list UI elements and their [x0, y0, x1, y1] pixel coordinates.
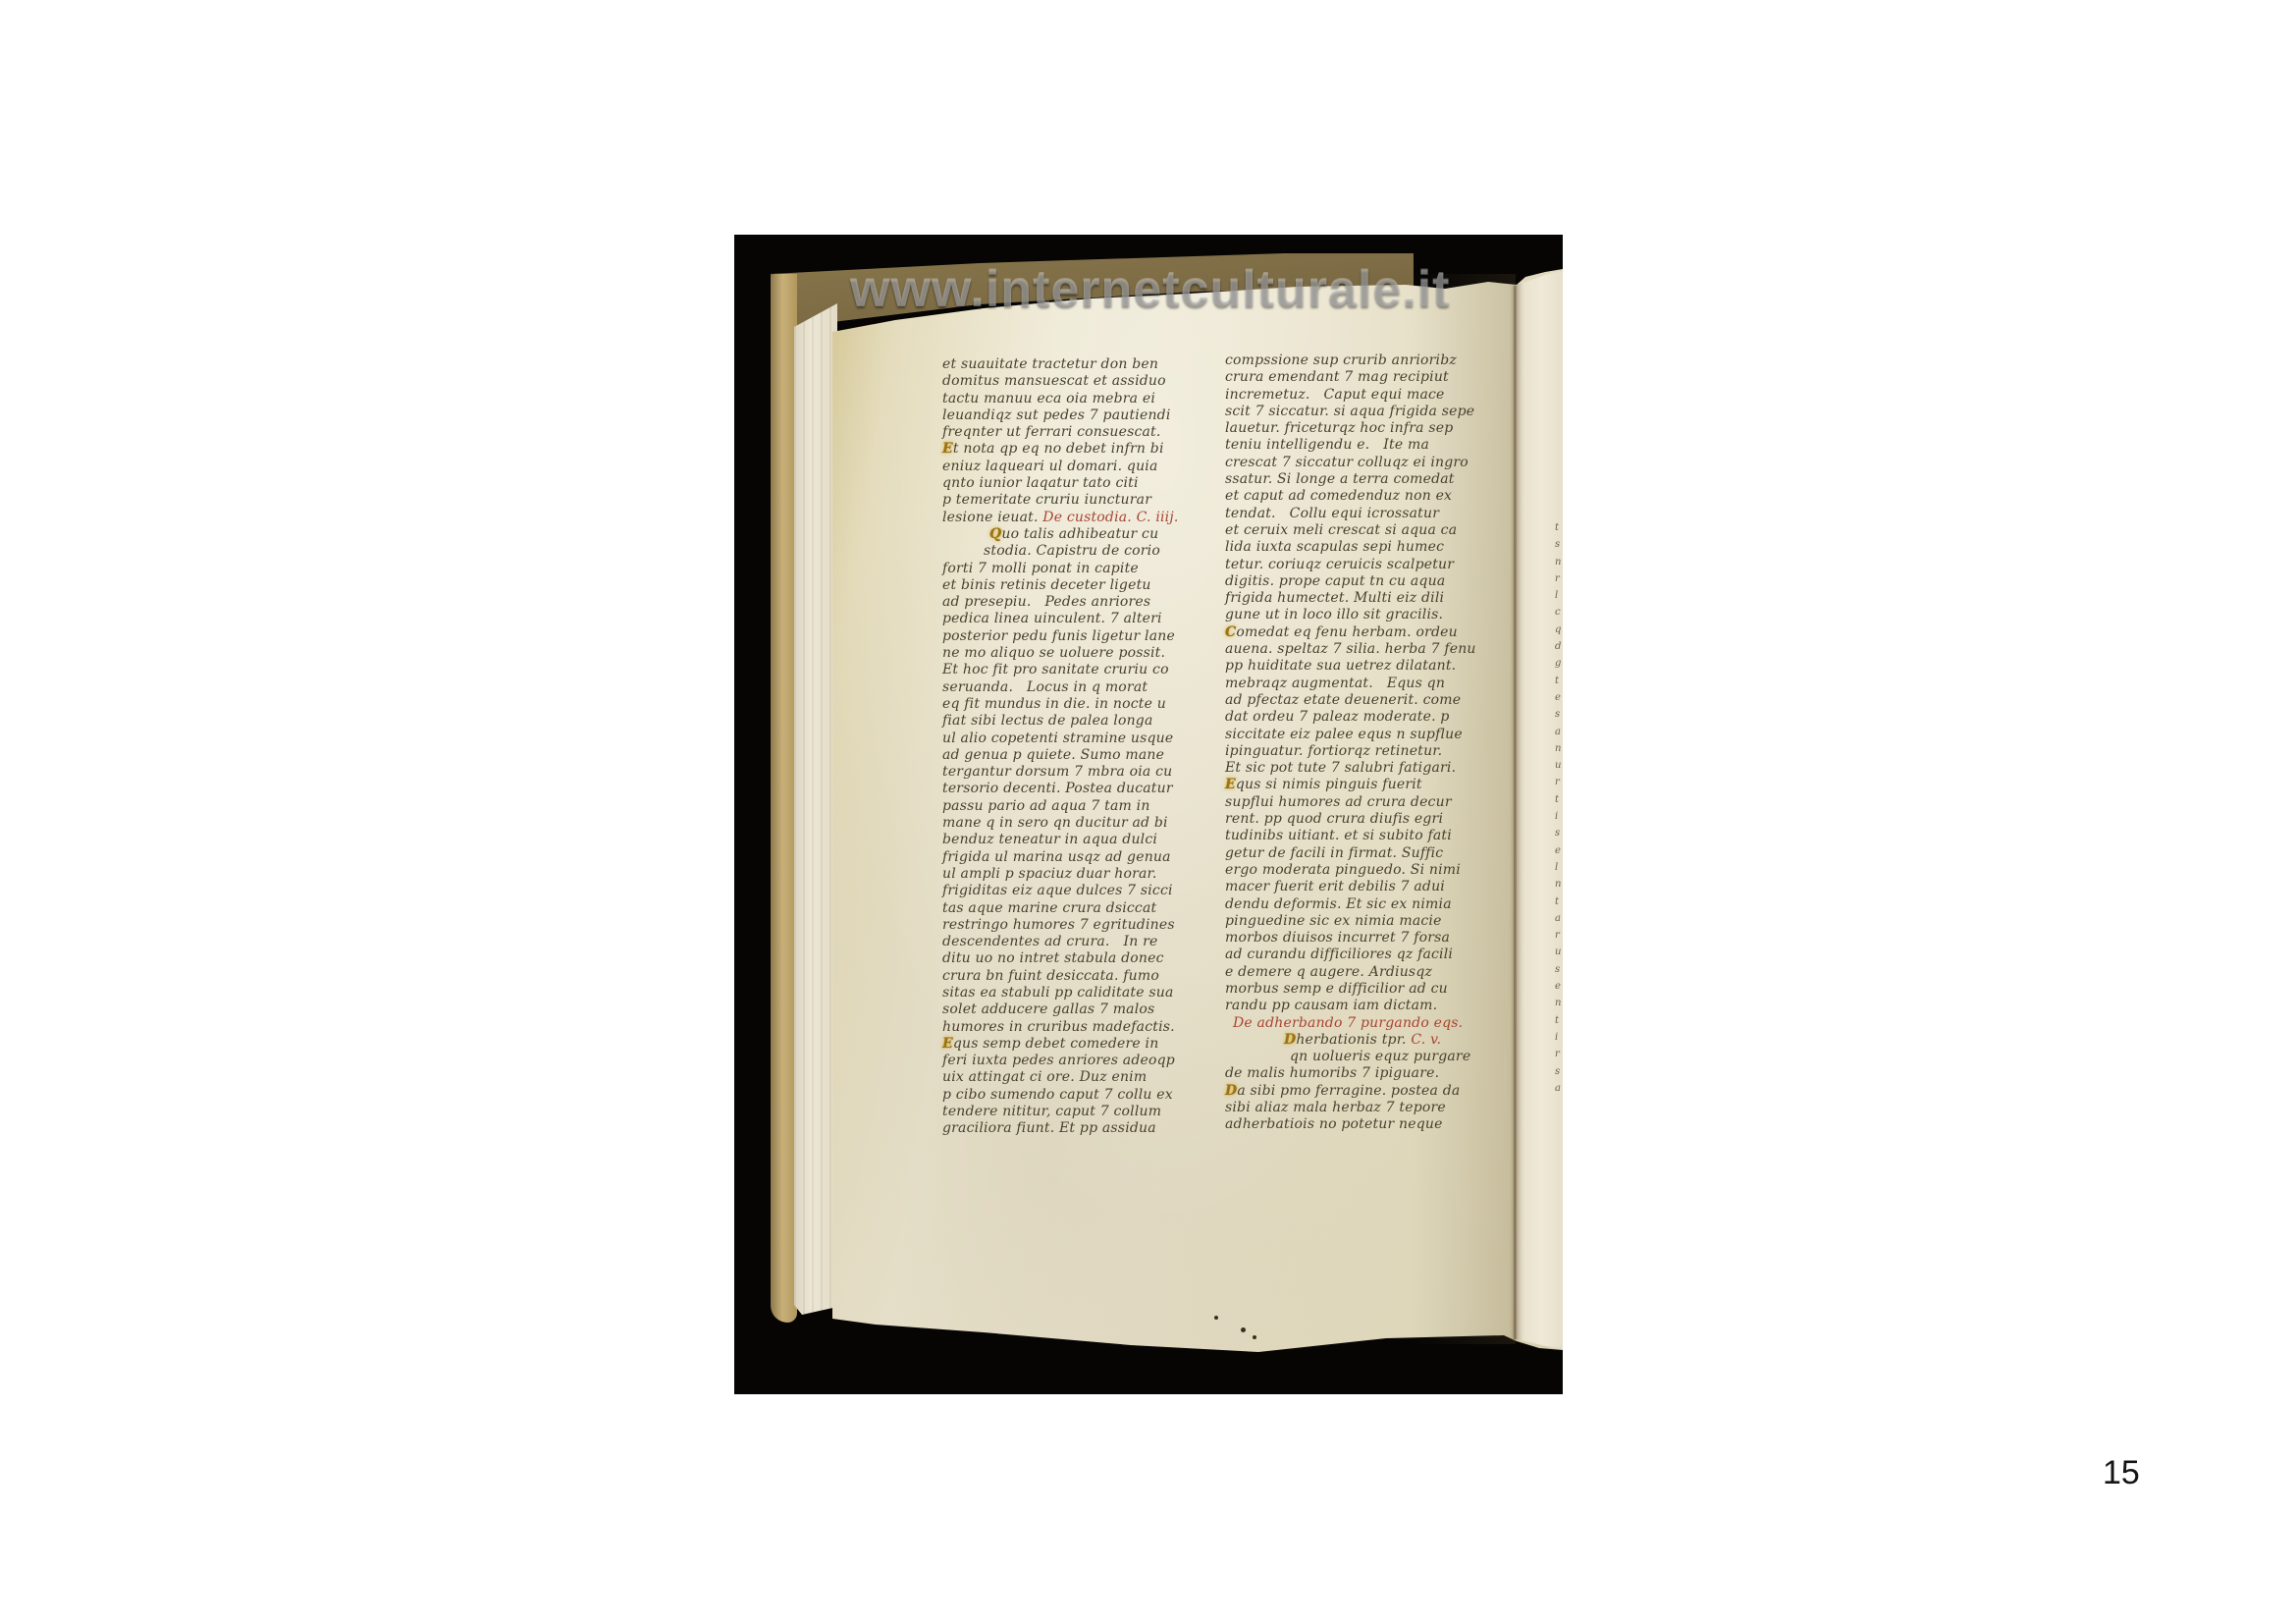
edge-fragment: l [1555, 859, 1563, 876]
manuscript-text-line: frigida ul marina usqz ad genua [942, 849, 1200, 866]
ink-text: pp huiditate sua uetrez dilatant. [1225, 658, 1456, 674]
ink-text: ul alio copetenti stramine usque [942, 731, 1173, 746]
manuscript-text-line: rent. pp quod crura diufis egri [1225, 811, 1486, 828]
ink-text: gune ut in loco illo sit gracilis. [1225, 607, 1443, 623]
ink-text: teniu intelligendu e. Ite ma [1225, 437, 1429, 453]
manuscript-text-line: frigiditas eiz aque dulces 7 sicci [942, 883, 1200, 899]
manuscript-text-line: auena. speltaz 7 silia. herba 7 fenu [1225, 641, 1486, 658]
ink-text: frigida humectet. Multi eiz dili [1225, 590, 1444, 606]
edge-fragment: r [1555, 570, 1563, 587]
manuscript-text-line: getur de facili in firmat. Suffic [1225, 845, 1486, 862]
manuscript-text-line: humores in cruribus madefactis. [942, 1019, 1200, 1036]
ink-text: tersorio decenti. Postea ducatur [942, 781, 1173, 796]
manuscript-photo: tsnrlcqdgtesanurtiselntarusentirsa et su… [734, 235, 1563, 1394]
manuscript-text-line: Et hoc fit pro sanitate cruriu co [942, 662, 1200, 678]
manuscript-text-line: freqnter ut ferrari consuescat. [942, 424, 1200, 441]
ink-text: domitus mansuescat et assiduo [942, 373, 1166, 389]
edge-fragment: n [1555, 995, 1563, 1011]
ink-text: mane q in sero qn ducitur ad bi [942, 815, 1168, 831]
ink-text: uo talis adhibeatur cu [1001, 526, 1158, 542]
manuscript-text-line: sibi aliaz mala herbaz 7 tepore [1225, 1100, 1486, 1116]
manuscript-text-line: Da sibi pmo ferragine. postea da [1225, 1083, 1486, 1100]
manuscript-text-line: graciliora fiunt. Et pp assidua [942, 1120, 1200, 1137]
ink-text: freqnter ut ferrari consuescat. [942, 424, 1161, 440]
ink-text: eq fit mundus in die. in nocte u [942, 696, 1166, 712]
manuscript-text-line: stodia. Capistru de corio [984, 543, 1200, 560]
right-text-column: compssione sup crurib anrioribzcrura eme… [1225, 352, 1486, 1134]
ink-text: Et sic pot tute 7 salubri fatigari. [1225, 760, 1456, 776]
manuscript-text-line: Et sic pot tute 7 salubri fatigari. [1225, 760, 1486, 777]
ink-text: ad presepiu. Pedes anriores [942, 594, 1150, 610]
ink-text: tergantur dorsum 7 mbra oia cu [942, 764, 1172, 780]
watermark: www.internetculturale.it [850, 260, 1537, 319]
manuscript-text-line: ne mo aliquo se uoluere possit. [942, 645, 1200, 662]
manuscript-text-line: De adherbando 7 purgando eqs. [1233, 1015, 1486, 1032]
manuscript-text-line: qn uolueris equz purgare [1290, 1049, 1486, 1065]
manuscript-text-line: digitis. prope caput tn cu aqua [1225, 573, 1486, 590]
manuscript-text-line: tendat. Collu equi icrossatur [1225, 506, 1486, 522]
edge-fragment: t [1555, 791, 1563, 808]
ink-text: lida iuxta scapulas sepi humec [1225, 539, 1444, 555]
ink-text: dat ordeu 7 paleaz moderate. p [1225, 709, 1450, 725]
ink-text: digitis. prope caput tn cu aqua [1225, 573, 1445, 589]
ink-text: ad pfectaz etate deuenerit. come [1225, 692, 1461, 708]
ink-text: qus si nimis pinguis fuerit [1236, 777, 1422, 792]
manuscript-text-line: Equs semp debet comedere in [942, 1036, 1200, 1053]
manuscript-text-line: domitus mansuescat et assiduo [942, 373, 1200, 390]
ink-text: pinguedine sic ex nimia macie [1225, 913, 1442, 929]
manuscript-text-line: incremetuz. Caput equi mace [1225, 387, 1486, 404]
manuscript-text-line: forti 7 molli ponat in capite [942, 561, 1200, 577]
ink-text: qn uolueris equz purgare [1290, 1049, 1470, 1064]
manuscript-text-line: qnto iunior laqatur tato citi [942, 475, 1200, 492]
ink-text: p cibo sumendo caput 7 collu ex [942, 1087, 1173, 1103]
manuscript-text-line: frigida humectet. Multi eiz dili [1225, 590, 1486, 607]
ink-text: tendere nititur, caput 7 collum [942, 1104, 1161, 1119]
edge-fragment: i [1555, 1029, 1563, 1046]
manuscript-text-line: p temeritate cruriu iuncturar [942, 492, 1200, 509]
ink-text: crura bn fuint desiccata. fumo [942, 968, 1159, 984]
edge-fragment: u [1555, 944, 1563, 960]
ink-speck [1253, 1335, 1256, 1339]
ink-text: qnto iunior laqatur tato citi [942, 475, 1139, 491]
manuscript-text-line: mane q in sero qn ducitur ad bi [942, 815, 1200, 832]
manuscript-text-line: tendere nititur, caput 7 collum [942, 1104, 1200, 1120]
ink-text: adherbatiois no potetur neque [1225, 1116, 1443, 1132]
manuscript-text-line: tergantur dorsum 7 mbra oia cu [942, 764, 1200, 781]
edge-fragment: d [1555, 638, 1563, 655]
ink-text: auena. speltaz 7 silia. herba 7 fenu [1225, 641, 1476, 657]
manuscript-text-line: Comedat eq fenu herbam. ordeu [1225, 624, 1486, 641]
facing-page-text-bleed: tsnrlcqdgtesanurtiselntarusentirsa [1555, 519, 1563, 1097]
manuscript-text-line: dat ordeu 7 paleaz moderate. p [1225, 709, 1486, 726]
ink-text: getur de facili in firmat. Suffic [1225, 845, 1443, 861]
manuscript-text-line: et caput ad comedenduz non ex [1225, 488, 1486, 505]
manuscript-text-line: pp huiditate sua uetrez dilatant. [1225, 658, 1486, 675]
edge-fragment: r [1555, 774, 1563, 790]
ink-text: descendentes ad crura. In re [942, 934, 1158, 949]
edge-fragment: r [1555, 927, 1563, 944]
edge-fragment: s [1555, 825, 1563, 841]
ink-text: ne mo aliquo se uoluere possit. [942, 645, 1165, 661]
manuscript-text-line: Dherbationis tpr. C. v. [1284, 1032, 1486, 1049]
manuscript-text-line: supflui humores ad crura decur [1225, 794, 1486, 811]
ink-text: et suauitate tractetur don ben [942, 356, 1158, 372]
yellow-touched-initial: E [942, 441, 953, 457]
ink-text: lesione ieuat. [942, 510, 1042, 525]
edge-fragment: s [1555, 536, 1563, 553]
ink-text: de malis humoribs 7 ipiguare. [1225, 1065, 1439, 1081]
edge-fragment: a [1555, 910, 1563, 927]
manuscript-text-line: tactu manuu eca oia mebra ei [942, 391, 1200, 407]
edge-fragment: u [1555, 757, 1563, 774]
edge-fragment: e [1555, 842, 1563, 859]
gutter-shadow-line [1514, 286, 1517, 1339]
ink-text: rent. pp quod crura diufis egri [1225, 811, 1443, 827]
manuscript-text-line: ipinguatur. fortiorqz retinetur. [1225, 743, 1486, 760]
scan-page: { "page_number": "15", "watermark": { "t… [0, 0, 2296, 1624]
manuscript-text-line: adherbatiois no potetur neque [1225, 1116, 1486, 1133]
ink-text: ul ampli p spaciuz duar horar. [942, 866, 1157, 882]
manuscript-text-line: ergo moderata pinguedo. Si nimi [1225, 862, 1486, 879]
ink-text: morbus semp e difficilior ad cu [1225, 981, 1448, 997]
edge-fragment: s [1555, 961, 1563, 978]
manuscript-text-line: pedica linea uinculent. 7 alteri [942, 611, 1200, 627]
edge-fragment: s [1555, 706, 1563, 723]
ink-text: ad genua p quiete. Sumo mane [942, 747, 1164, 763]
ink-text: posterior pedu funis ligetur lane [942, 628, 1175, 644]
ink-text: Et hoc fit pro sanitate cruriu co [942, 662, 1169, 677]
ink-text: uix attingat ci ore. Duz enim [942, 1069, 1147, 1085]
manuscript-text-line: de malis humoribs 7 ipiguare. [1225, 1065, 1486, 1082]
yellow-touched-initial: E [942, 1036, 953, 1052]
ink-speck [1214, 1316, 1218, 1320]
manuscript-text-line: p cibo sumendo caput 7 collu ex [942, 1087, 1200, 1104]
ink-text: tactu manuu eca oia mebra ei [942, 391, 1155, 406]
ink-text: tudinibs uitiant. et si subito fati [1225, 828, 1452, 843]
manuscript-text-line: eniuz laqueari ul domari. quia [942, 459, 1200, 475]
ink-text: seruanda. Locus in q morat [942, 679, 1148, 695]
ink-text: scit 7 siccatur. si aqua frigida sepe [1225, 404, 1474, 419]
manuscript-text-line: posterior pedu funis ligetur lane [942, 628, 1200, 645]
ink-text: et binis retinis deceter ligetu [942, 577, 1151, 593]
ink-text: crescat 7 siccatur colluqz ei ingro [1225, 455, 1468, 470]
edge-fragment: i [1555, 808, 1563, 825]
manuscript-text-line: ssatur. Si longe a terra comedat [1225, 471, 1486, 488]
ink-text: humores in cruribus madefactis. [942, 1019, 1175, 1035]
ink-text: graciliora fiunt. Et pp assidua [942, 1120, 1156, 1136]
edge-fragment: q [1555, 622, 1563, 638]
ink-text: benduz teneatur in aqua dulci [942, 832, 1157, 847]
edge-fragment: r [1555, 1046, 1563, 1062]
ink-text: tetur. coriuqz ceruicis scalpetur [1225, 557, 1454, 572]
manuscript-text-line: randu pp causam iam dictam. [1225, 998, 1486, 1014]
manuscript-text-line: et suauitate tractetur don ben [942, 356, 1200, 373]
ink-text: omedat eq fenu herbam. ordeu [1236, 624, 1458, 640]
manuscript-text-line: pinguedine sic ex nimia macie [1225, 913, 1486, 930]
edge-fragment: g [1555, 655, 1563, 672]
manuscript-text-line: dendu deformis. Et sic ex nimia [1225, 896, 1486, 913]
ink-text: passu pario ad aqua 7 tam in [942, 798, 1150, 814]
edge-fragment: a [1555, 724, 1563, 740]
edge-fragment: t [1555, 673, 1563, 689]
ink-text: ssatur. Si longe a terra comedat [1225, 471, 1455, 487]
ink-text: ad curandu difficiliores qz facili [1225, 947, 1453, 962]
manuscript-text-line: ul ampli p spaciuz duar horar. [942, 866, 1200, 883]
rubric-text: De custodia. C. iiij. [1042, 510, 1178, 525]
manuscript-text-line: lauetur. friceturqz hoc infra sep [1225, 420, 1486, 437]
ink-text: t nota qp eq no debet infrn bi [953, 441, 1164, 457]
ink-text: compssione sup crurib anrioribz [1225, 352, 1457, 368]
manuscript-text-line: morbus semp e difficilior ad cu [1225, 981, 1486, 998]
yellow-touched-initial: E [1225, 777, 1236, 792]
ink-text: et caput ad comedenduz non ex [1225, 488, 1452, 504]
manuscript-text-line: Quo talis adhibeatur cu [989, 526, 1200, 543]
manuscript-text-line: descendentes ad crura. In re [942, 934, 1200, 950]
edge-fragment: t [1555, 893, 1563, 910]
manuscript-text-line: gune ut in loco illo sit gracilis. [1225, 607, 1486, 623]
manuscript-text-line: e demere q augere. Ardiusqz [1225, 964, 1486, 981]
manuscript-text-line: seruanda. Locus in q morat [942, 679, 1200, 696]
manuscript-text-line: ad pfectaz etate deuenerit. come [1225, 692, 1486, 709]
ink-text: a sibi pmo ferragine. postea da [1237, 1083, 1460, 1099]
page-edges-strip [794, 303, 837, 1315]
ink-text: eniuz laqueari ul domari. quia [942, 459, 1158, 474]
manuscript-text-line: leuandiqz sut pedes 7 pautiendi [942, 407, 1200, 424]
manuscript-text-line: benduz teneatur in aqua dulci [942, 832, 1200, 848]
manuscript-text-line: ad presepiu. Pedes anriores [942, 594, 1200, 611]
edge-fragment: a [1555, 1080, 1563, 1097]
manuscript-text-line: ditu uo no intret stabula donec [942, 950, 1200, 967]
ink-text: herbationis tpr. [1296, 1032, 1411, 1048]
yellow-touched-initial: Q [989, 526, 1001, 542]
ink-text: frigida ul marina usqz ad genua [942, 849, 1171, 865]
manuscript-text-line: feri iuxta pedes anriores adeoqp [942, 1053, 1200, 1069]
ink-text: tendat. Collu equi icrossatur [1225, 506, 1439, 521]
ink-speck [1241, 1327, 1246, 1332]
manuscript-text-line: uix attingat ci ore. Duz enim [942, 1069, 1200, 1086]
rubric-text: C. v. [1411, 1032, 1441, 1048]
edge-fragment: s [1555, 1063, 1563, 1080]
manuscript-text-line: passu pario ad aqua 7 tam in [942, 798, 1200, 815]
book-cover-spine-edge [771, 274, 797, 1323]
manuscript-text-line: Et nota qp eq no debet infrn bi [942, 441, 1200, 458]
manuscript-text-line: compssione sup crurib anrioribz [1225, 352, 1486, 369]
ink-text: morbos diuisos incurret 7 forsa [1225, 930, 1450, 946]
edge-fragment: l [1555, 587, 1563, 604]
ink-text: feri iuxta pedes anriores adeoqp [942, 1053, 1175, 1068]
manuscript-text-line: crura emendant 7 mag recipiut [1225, 369, 1486, 386]
rubric-text: De adherbando 7 purgando eqs. [1233, 1015, 1463, 1031]
manuscript-text-line: et ceruix meli crescat si aqua ca [1225, 522, 1486, 539]
manuscript-text-line: siccitate eiz palee equs n supflue [1225, 727, 1486, 743]
edge-fragment: t [1555, 1012, 1563, 1029]
ink-text: sitas ea stabuli pp caliditate sua [942, 985, 1174, 1001]
manuscript-text-line: tersorio decenti. Postea ducatur [942, 781, 1200, 797]
manuscript-text-line: ad genua p quiete. Sumo mane [942, 747, 1200, 764]
manuscript-text-line: tetur. coriuqz ceruicis scalpetur [1225, 557, 1486, 573]
manuscript-text-line: ul alio copetenti stramine usque [942, 731, 1200, 747]
ink-text: randu pp causam iam dictam. [1225, 998, 1437, 1013]
manuscript-text-line: tudinibs uitiant. et si subito fati [1225, 828, 1486, 844]
ink-text: tas aque marine crura dsiccat [942, 900, 1156, 916]
ink-text: frigiditas eiz aque dulces 7 sicci [942, 883, 1173, 898]
ink-text: et ceruix meli crescat si aqua ca [1225, 522, 1457, 538]
manuscript-text-line: mebraqz augmentat. Equs qn [1225, 676, 1486, 692]
manuscript-text-line: teniu intelligendu e. Ite ma [1225, 437, 1486, 454]
manuscript-text-line: crura bn fuint desiccata. fumo [942, 968, 1200, 985]
ink-text: p temeritate cruriu iuncturar [942, 492, 1151, 508]
manuscript-text-line: lesione ieuat. De custodia. C. iiij. [942, 510, 1200, 526]
left-text-column: et suauitate tractetur don bendomitus ma… [942, 356, 1200, 1138]
ink-text: ipinguatur. fortiorqz retinetur. [1225, 743, 1442, 759]
ink-text: incremetuz. Caput equi mace [1225, 387, 1445, 403]
manuscript-text-line: crescat 7 siccatur colluqz ei ingro [1225, 455, 1486, 471]
edge-fragment: n [1555, 554, 1563, 570]
yellow-touched-initial: D [1284, 1032, 1296, 1048]
ink-text: supflui humores ad crura decur [1225, 794, 1452, 810]
ink-text: siccitate eiz palee equs n supflue [1225, 727, 1463, 742]
manuscript-text-line: fiat sibi lectus de palea longa [942, 713, 1200, 730]
ink-text: leuandiqz sut pedes 7 pautiendi [942, 407, 1171, 423]
edge-fragment: c [1555, 604, 1563, 621]
edge-fragment: e [1555, 978, 1563, 995]
ink-text: dendu deformis. Et sic ex nimia [1225, 896, 1452, 912]
manuscript-text-line: Equs si nimis pinguis fuerit [1225, 777, 1486, 793]
manuscript-text-line: eq fit mundus in die. in nocte u [942, 696, 1200, 713]
ink-text: pedica linea uinculent. 7 alteri [942, 611, 1162, 626]
ink-text: e demere q augere. Ardiusqz [1225, 964, 1432, 980]
ink-text: restringo humores 7 egritudines [942, 917, 1175, 933]
ink-text: ergo moderata pinguedo. Si nimi [1225, 862, 1461, 878]
manuscript-text-line: tas aque marine crura dsiccat [942, 900, 1200, 917]
edge-fragment: e [1555, 689, 1563, 706]
manuscript-text-line: solet adducere gallas 7 malos [942, 1001, 1200, 1018]
ink-text: qus semp debet comedere in [953, 1036, 1159, 1052]
manuscript-text-line: lida iuxta scapulas sepi humec [1225, 539, 1486, 556]
manuscript-text-line: ad curandu difficiliores qz facili [1225, 947, 1486, 963]
edge-fragment: t [1555, 519, 1563, 536]
ink-text: lauetur. friceturqz hoc infra sep [1225, 420, 1453, 436]
page-number: 15 [2103, 1454, 2140, 1492]
ink-text: stodia. Capistru de corio [984, 543, 1160, 559]
manuscript-text-line: scit 7 siccatur. si aqua frigida sepe [1225, 404, 1486, 420]
ink-text: solet adducere gallas 7 malos [942, 1001, 1154, 1017]
edge-fragment: n [1555, 876, 1563, 893]
ink-text: sibi aliaz mala herbaz 7 tepore [1225, 1100, 1446, 1115]
ink-text: crura emendant 7 mag recipiut [1225, 369, 1449, 385]
ink-text: macer fuerit erit debilis 7 adui [1225, 879, 1445, 894]
ink-text: ditu uo no intret stabula donec [942, 950, 1164, 966]
manuscript-text-line: morbos diuisos incurret 7 forsa [1225, 930, 1486, 947]
yellow-touched-initial: C [1225, 624, 1236, 640]
manuscript-text-line: macer fuerit erit debilis 7 adui [1225, 879, 1486, 895]
ink-text: forti 7 molli ponat in capite [942, 561, 1139, 576]
ink-text: mebraqz augmentat. Equs qn [1225, 676, 1445, 691]
manuscript-text-line: restringo humores 7 egritudines [942, 917, 1200, 934]
edge-fragment: n [1555, 740, 1563, 757]
ink-text: fiat sibi lectus de palea longa [942, 713, 1153, 729]
yellow-touched-initial: D [1225, 1083, 1237, 1099]
manuscript-text-line: et binis retinis deceter ligetu [942, 577, 1200, 594]
manuscript-text-line: sitas ea stabuli pp caliditate sua [942, 985, 1200, 1001]
